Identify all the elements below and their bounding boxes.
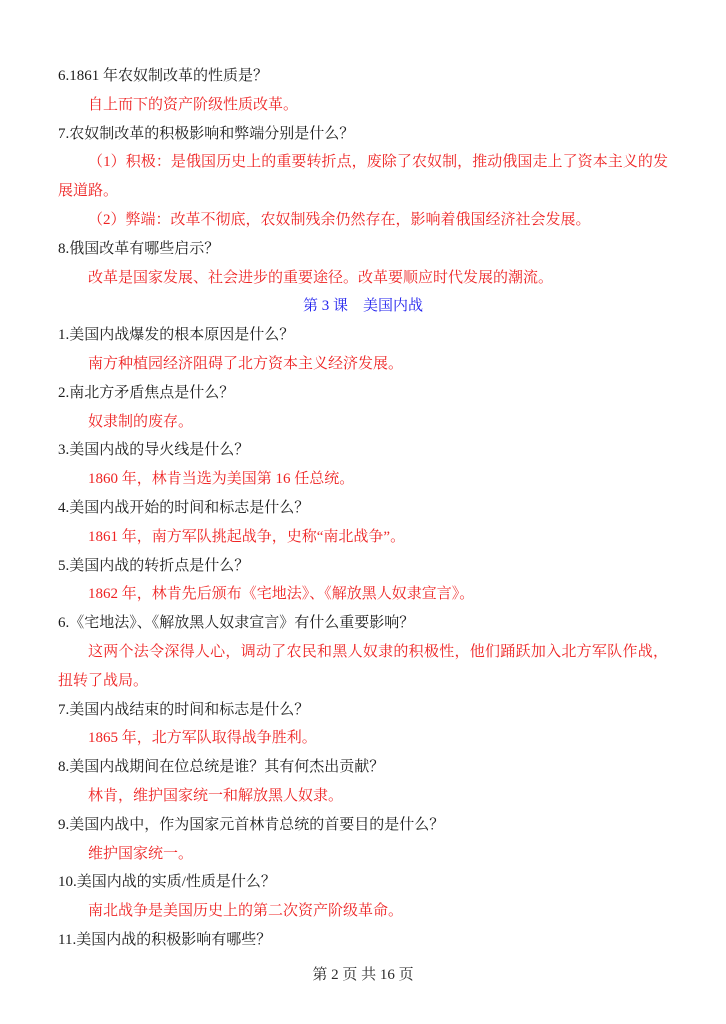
answer-line: （2）弊端：改革不彻底，农奴制残余仍然存在，影响着俄国经济社会发展。 [58, 206, 668, 235]
question-line: 10.美国内战的实质/性质是什么？ [58, 868, 668, 897]
answer-line: 改革是国家发展、社会进步的重要途径。改革要顺应时代发展的潮流。 [58, 264, 668, 293]
question-line: 8.俄国改革有哪些启示？ [58, 235, 668, 264]
question-line: 3.美国内战的导火线是什么？ [58, 436, 668, 465]
answer-line: 维护国家统一。 [58, 840, 668, 869]
question-line: 11.美国内战的积极影响有哪些？ [58, 926, 668, 955]
answer-line: 南北战争是美国历史上的第二次资产阶级革命。 [58, 897, 668, 926]
question-line: 8.美国内战期间在位总统是谁？其有何杰出贡献？ [58, 753, 668, 782]
qa-list: 6.1861 年农奴制改革的性质是？自上而下的资产阶级性质改革。7.农奴制改革的… [58, 62, 668, 955]
answer-line: 林肯，维护国家统一和解放黑人奴隶。 [58, 782, 668, 811]
answer-line: 自上而下的资产阶级性质改革。 [58, 91, 668, 120]
page-number-footer: 第 2 页 共 16 页 [0, 961, 726, 990]
question-line: 5.美国内战的转折点是什么？ [58, 552, 668, 581]
question-line: 7.美国内战结束的时间和标志是什么？ [58, 696, 668, 725]
document-page: 6.1861 年农奴制改革的性质是？自上而下的资产阶级性质改革。7.农奴制改革的… [0, 0, 726, 1024]
answer-line: 这两个法令深得人心，调动了农民和黑人奴隶的积极性，他们踊跃加入北方军队作战，扭转… [58, 638, 668, 696]
question-line: 6.《宅地法》、《解放黑人奴隶宣言》有什么重要影响？ [58, 609, 668, 638]
question-line: 2.南北方矛盾焦点是什么？ [58, 379, 668, 408]
answer-line: 1865 年，北方军队取得战争胜利。 [58, 724, 668, 753]
question-line: 9.美国内战中，作为国家元首林肯总统的首要目的是什么？ [58, 811, 668, 840]
answer-line: 1862 年，林肯先后颁布《宅地法》、《解放黑人奴隶宣言》。 [58, 580, 668, 609]
answer-line: 南方种植园经济阻碍了北方资本主义经济发展。 [58, 350, 668, 379]
answer-line: 1860 年，林肯当选为美国第 16 任总统。 [58, 465, 668, 494]
answer-line: （1）积极：是俄国历史上的重要转折点，废除了农奴制，推动俄国走上了资本主义的发展… [58, 148, 668, 206]
question-line: 1.美国内战爆发的根本原因是什么？ [58, 321, 668, 350]
question-line: 7.农奴制改革的积极影响和弊端分别是什么？ [58, 120, 668, 149]
question-line: 6.1861 年农奴制改革的性质是？ [58, 62, 668, 91]
question-line: 4.美国内战开始的时间和标志是什么？ [58, 494, 668, 523]
answer-line: 奴隶制的废存。 [58, 408, 668, 437]
lesson-heading: 第 3 课 美国内战 [58, 292, 668, 321]
answer-line: 1861 年，南方军队挑起战争，史称“南北战争”。 [58, 523, 668, 552]
